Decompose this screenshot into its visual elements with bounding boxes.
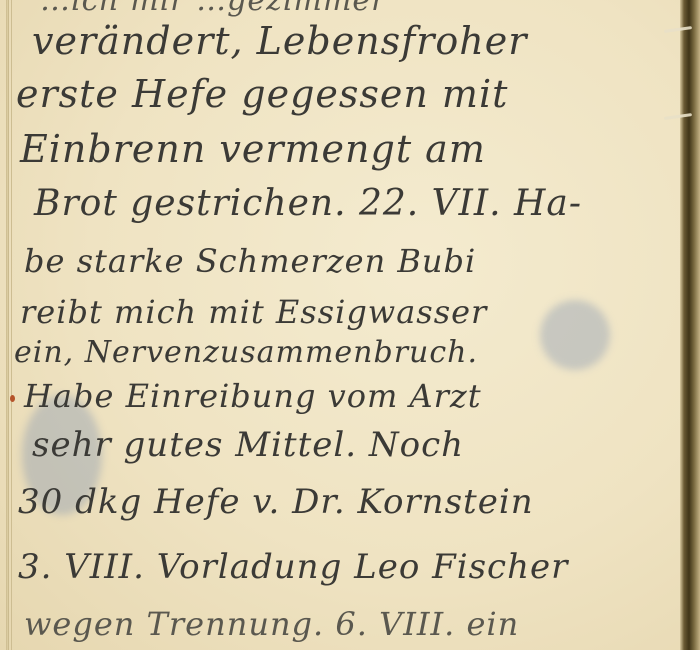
text-line-9: sehr gutes Mittel. Noch <box>32 428 464 462</box>
book-binding <box>680 0 700 650</box>
text-line-8: Habe Einreibung vom Arzt <box>24 380 482 412</box>
text-line-6: reibt mich mit Essigwasser <box>20 296 487 328</box>
text-line-12: wegen Trennung. 6. VIII. ein <box>24 608 519 640</box>
text-line-11: 3. VIII. Vorladung Leo Fischer <box>18 550 568 584</box>
text-line-10: 30 dkg Hefe v. Dr. Kornstein <box>18 485 534 519</box>
text-line-2: erste Hefe gegessen mit <box>16 75 508 113</box>
diary-page: …ich mir …gezimmer verändert, Lebensfroh… <box>0 0 700 650</box>
text-line-0: …ich mir …gezimmer <box>40 0 387 16</box>
text-line-4: Brot gestrichen. 22. VII. Ha- <box>34 186 582 222</box>
text-line-1: verändert, Lebensfroher <box>32 22 527 60</box>
text-line-5: be starke Schmerzen Bubi <box>24 245 476 277</box>
handwritten-text: …ich mir …gezimmer verändert, Lebensfroh… <box>0 0 680 650</box>
text-line-7: ein, Nervenzusammenbruch. <box>14 338 478 368</box>
text-line-3: Einbrenn vermengt am <box>20 130 486 168</box>
